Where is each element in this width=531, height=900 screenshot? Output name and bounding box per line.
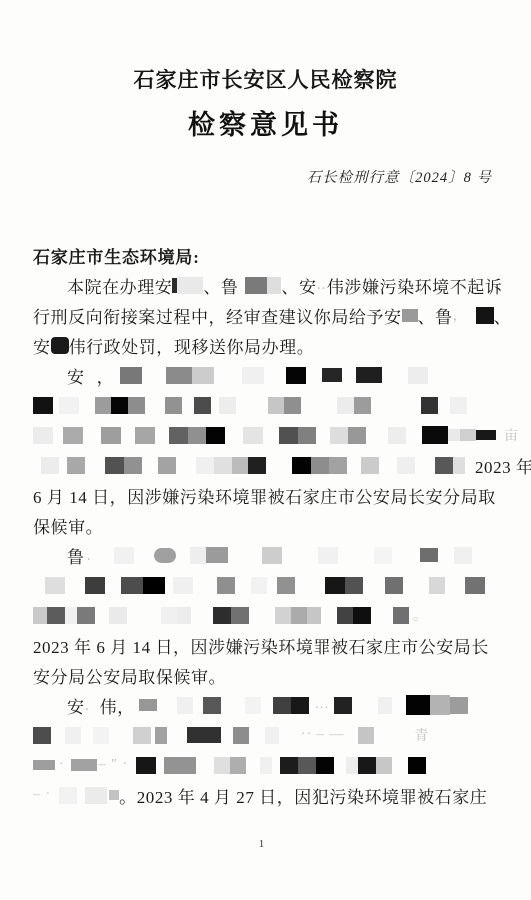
redaction-box [245, 697, 261, 714]
person1-redacted-line-2 [33, 390, 499, 420]
spacer [352, 705, 378, 706]
spacer [438, 405, 450, 406]
redaction-box [374, 547, 392, 564]
spacer [157, 705, 177, 706]
redaction-box [273, 697, 291, 714]
redaction-box [232, 457, 248, 474]
redaction-box [242, 367, 264, 384]
redaction-box [155, 727, 167, 744]
redaction-box [177, 697, 193, 714]
body-text: 伟， [100, 693, 135, 718]
redaction-box [318, 547, 338, 564]
person1-text-line-2: 保候审。 [33, 510, 499, 540]
spacer [236, 405, 268, 406]
redaction-box [93, 727, 109, 744]
spacer [95, 615, 109, 616]
spacer [445, 585, 465, 586]
redaction-box [59, 397, 79, 414]
faint-scan-artifact: 。 [413, 605, 428, 625]
redaction-box [114, 547, 134, 564]
redaction-box [465, 577, 485, 594]
redaction-box [422, 426, 448, 444]
redaction-box [330, 427, 348, 444]
redaction-box [298, 757, 316, 774]
redaction-box [275, 607, 291, 624]
spacer [246, 765, 260, 766]
spacer [176, 555, 190, 556]
spacer [156, 765, 164, 766]
body-text: 本院在办理安 [67, 273, 172, 298]
body-text: 2023 年 [475, 453, 531, 478]
person2-redacted-line-2 [33, 570, 499, 600]
redaction-box [346, 757, 358, 774]
spacer [249, 735, 265, 736]
person2-redacted-line-1: 鲁． [33, 540, 499, 570]
faint-scan-artifact: ‥ [317, 277, 327, 294]
redaction-box [262, 547, 282, 564]
spacer [342, 375, 356, 376]
redaction-box [329, 457, 347, 474]
body-text: 保候审。 [33, 513, 103, 538]
spacer [295, 585, 325, 586]
spacer [496, 435, 504, 436]
spacer [379, 465, 397, 466]
spacer [128, 765, 136, 766]
redaction-box [307, 607, 321, 624]
spacer [81, 735, 93, 736]
body-text: ， [97, 363, 115, 388]
spacer [301, 405, 337, 406]
redaction-box [361, 457, 379, 474]
spacer [347, 465, 361, 466]
body-text: 鲁 [67, 543, 85, 568]
redaction-box [245, 277, 267, 294]
document-title: 检察意见书 [0, 103, 531, 142]
spacer [334, 765, 346, 766]
spacer [65, 585, 85, 586]
body-text: 、安 [281, 273, 316, 298]
redaction-box [284, 397, 301, 414]
redaction-box [453, 457, 465, 474]
redaction-box [385, 577, 403, 594]
redaction-box [388, 427, 406, 444]
redaction-box [85, 787, 107, 804]
redaction-box [448, 429, 460, 441]
spacer [371, 615, 393, 616]
body-text: 、 [494, 303, 512, 328]
redaction-box [187, 727, 221, 743]
document-page: 石家庄市长安区人民检察院 检察意见书 石长检刑行意〔2024〕8 号 石家庄市生… [0, 0, 531, 900]
spacer [33, 585, 45, 586]
redaction-box [322, 368, 342, 382]
spacer [321, 615, 337, 616]
spacer [266, 465, 292, 466]
spacer [109, 735, 133, 736]
spacer [196, 765, 214, 766]
spacer [59, 465, 67, 466]
spacer [33, 705, 67, 706]
person3-redacted-line-2: ·· – —青 [33, 720, 499, 750]
spacer [191, 615, 213, 616]
intro-line-1: 本院在办理安、鲁、安‥伟涉嫌污染环境不起诉 [33, 270, 499, 300]
body-text: 。2023 年 4 月 27 日，因犯污染环境罪被石家庄 [119, 783, 487, 808]
redaction-box [267, 277, 281, 294]
document-number: 石长检刑行意〔2024〕8 号 [307, 166, 492, 187]
redaction-box [121, 577, 143, 594]
redaction-box [47, 607, 65, 624]
redaction-box [230, 757, 246, 774]
redaction-box [105, 457, 124, 474]
spacer [193, 705, 203, 706]
body-text: 2023 年 6 月 14 日，因涉嫌污染环境罪被石家庄市公安局长 [33, 633, 489, 658]
spacer [145, 405, 165, 406]
redaction-box [124, 457, 142, 474]
redaction-box [41, 457, 59, 474]
redaction-box [476, 430, 496, 440]
faint-scan-artifact: 青 [414, 725, 429, 745]
redaction-box [406, 695, 430, 715]
spacer [406, 435, 422, 436]
redaction-box [194, 397, 211, 414]
person3-text-line-1: – ·。2023 年 4 月 27 日，因犯污染环境罪被石家庄 [33, 780, 499, 810]
issuing-authority: 石家庄市长安区人民检察院 [0, 64, 531, 94]
redaction-box [279, 427, 298, 444]
body-text: 伟涉嫌污染环境不起诉 [327, 273, 503, 298]
redaction-box [67, 457, 85, 474]
spacer [282, 555, 318, 556]
redaction-box [59, 787, 77, 804]
spacer [214, 375, 242, 376]
faint-scan-artifact: … [315, 697, 330, 713]
spacer [264, 375, 286, 376]
redaction-box [65, 607, 77, 624]
person2-text-line-2: 安分局公安局取保候审。 [33, 660, 499, 690]
redaction-box [219, 397, 236, 414]
redaction-box [354, 397, 371, 414]
spacer [142, 375, 166, 376]
spacer [134, 555, 154, 556]
redaction-box [128, 397, 145, 414]
spacer [33, 285, 67, 286]
redaction-box [173, 577, 193, 594]
spacer [85, 465, 105, 466]
redaction-box [334, 697, 352, 714]
redaction-box [345, 577, 363, 594]
spacer [33, 555, 67, 556]
redaction-box [450, 697, 468, 714]
intro-line-2: 行刑反向衔接案过程中，经审查建议你局给予安、鲁，、 [33, 300, 499, 330]
redaction-box [188, 427, 206, 444]
redaction-box [376, 757, 392, 774]
spacer [238, 285, 245, 286]
redaction-box [33, 397, 53, 414]
spacer [79, 405, 95, 406]
redaction-box [265, 727, 279, 744]
spacer [392, 765, 408, 766]
body-text: 6 月 14 日，因涉嫌污染环境罪被石家庄市公安局长安分局取 [33, 483, 496, 508]
faint-scan-artifact: ·· – — [301, 727, 344, 743]
redaction-box [337, 607, 353, 624]
person2-redacted-line-3: 。 [33, 600, 499, 630]
redaction-box [33, 607, 47, 624]
body-text: 伟行政处罚，现移送你局办理。 [69, 333, 315, 358]
redaction-box [408, 757, 426, 774]
redaction-box [243, 427, 263, 444]
redaction-box [214, 757, 230, 774]
spacer [165, 585, 173, 586]
redaction-box [45, 577, 65, 594]
faint-scan-artifact: – ″ · [99, 757, 129, 773]
redaction-box [65, 727, 81, 744]
redaction-box [231, 607, 249, 624]
redaction-box [325, 577, 345, 594]
redaction-box [77, 607, 95, 624]
spacer [382, 375, 408, 376]
spacer [468, 315, 476, 316]
body-text: 、鲁 [418, 303, 453, 328]
spacer [316, 435, 330, 436]
redaction-box [177, 277, 203, 294]
spacer [392, 705, 406, 706]
redaction-box [196, 457, 214, 474]
redaction-box [348, 427, 366, 444]
redaction-box [251, 577, 267, 594]
redaction-box [192, 367, 214, 384]
redaction-box [51, 337, 69, 354]
redaction-box [33, 760, 55, 770]
spacer [465, 465, 475, 466]
redaction-box [353, 607, 371, 624]
spacer [338, 555, 374, 556]
person3-redacted-line-1: 安．伟，… [33, 690, 499, 720]
redaction-box [154, 548, 176, 563]
spacer [211, 405, 219, 406]
spacer [105, 585, 121, 586]
body-text: 安 [67, 363, 85, 388]
spacer [279, 735, 301, 736]
redaction-box [408, 367, 428, 384]
redaction-box [213, 607, 231, 624]
redaction-box [435, 457, 453, 474]
spacer [51, 795, 59, 796]
redaction-box [298, 427, 316, 444]
redaction-box [109, 790, 119, 800]
spacer [235, 585, 251, 586]
spacer [344, 735, 358, 736]
redaction-box [476, 307, 494, 324]
spacer [176, 465, 196, 466]
redaction-box [378, 697, 392, 714]
redaction-box [286, 367, 306, 384]
spacer [371, 405, 421, 406]
spacer [272, 765, 280, 766]
spacer [77, 795, 85, 796]
spacer [438, 555, 454, 556]
redaction-box [268, 397, 284, 414]
intro-line-3: 安伟行政处罚，现移送你局办理。 [33, 330, 499, 360]
redaction-box [337, 397, 354, 414]
redaction-box [158, 457, 176, 474]
spacer [374, 735, 414, 736]
redaction-box [291, 697, 309, 714]
redaction-box [177, 607, 191, 624]
spacer [33, 465, 41, 466]
spacer [83, 435, 101, 436]
person1-redacted-line-4: 2023 年 [33, 450, 499, 480]
redaction-box [33, 427, 53, 444]
redaction-box [164, 757, 196, 774]
faint-scan-artifact: – · [33, 787, 51, 803]
redaction-box [393, 607, 409, 624]
redaction-box [450, 397, 467, 414]
redaction-box [136, 757, 156, 774]
redaction-box [214, 457, 232, 474]
spacer [221, 705, 245, 706]
redaction-box [460, 429, 476, 441]
spacer [127, 615, 161, 616]
redaction-box [421, 397, 438, 414]
redaction-box [139, 699, 157, 711]
spacer [263, 435, 279, 436]
redaction-box [135, 427, 155, 444]
spacer [85, 375, 97, 376]
redaction-box [71, 759, 97, 771]
spacer [155, 435, 169, 436]
faint-scan-artifact: ． [85, 695, 100, 715]
faint-scan-artifact: ， [453, 305, 468, 325]
document-body: 石家庄市生态环境局:本院在办理安、鲁、安‥伟涉嫌污染环境不起诉行刑反向衔接案过程… [33, 240, 499, 810]
redaction-box [165, 397, 182, 414]
spacer [102, 555, 114, 556]
body-text: 安 [67, 693, 85, 718]
redaction-box [203, 697, 221, 714]
spacer [167, 735, 187, 736]
spacer [53, 435, 63, 436]
redaction-box [111, 397, 128, 414]
body-text: 石家庄市生态环境局: [33, 243, 200, 268]
redaction-box [161, 607, 177, 624]
person1-redacted-line-3: 亩 [33, 420, 499, 450]
redaction-box [63, 427, 83, 444]
redaction-box [291, 607, 307, 624]
redaction-box [109, 607, 127, 624]
redaction-box [120, 367, 142, 384]
redaction-box [190, 547, 206, 564]
faint-scan-artifact: 亩 [504, 425, 519, 445]
redaction-box [143, 577, 165, 594]
spacer [415, 465, 435, 466]
spacer [221, 735, 233, 736]
redaction-box [420, 548, 438, 562]
spacer [249, 615, 275, 616]
redaction-box [397, 457, 415, 474]
redaction-box [206, 427, 225, 444]
spacer [392, 555, 420, 556]
body-text: 安 [33, 333, 51, 358]
faint-scan-artifact: ． [87, 545, 102, 565]
spacer [363, 585, 385, 586]
redaction-box [33, 727, 51, 744]
spacer [182, 405, 194, 406]
redaction-box [233, 727, 249, 744]
redaction-box [206, 547, 228, 563]
spacer [142, 465, 158, 466]
redaction-box [166, 367, 192, 384]
redaction-box [358, 727, 374, 744]
redaction-box [280, 757, 298, 774]
redaction-box [402, 309, 418, 322]
spacer [228, 555, 262, 556]
person1-text-line-1: 6 月 14 日，因涉嫌污染环境罪被石家庄市公安局长安分局取 [33, 480, 499, 510]
person3-redacted-line-3: ·– ″ · [33, 750, 499, 780]
spacer [366, 435, 388, 436]
body-text: 行刑反向衔接案过程中，经审查建议你局给予安 [33, 303, 402, 328]
spacer [51, 735, 65, 736]
spacer [225, 435, 243, 436]
spacer [261, 705, 273, 706]
redaction-box [101, 427, 121, 444]
spacer [306, 375, 322, 376]
page-number: 1 [0, 838, 523, 850]
redaction-box [169, 427, 188, 444]
person2-text-line-1: 2023 年 6 月 14 日，因涉嫌污染环境罪被石家庄市公安局长 [33, 630, 499, 660]
redaction-box [248, 457, 266, 474]
redaction-box [133, 727, 151, 744]
redaction-box [358, 757, 376, 774]
spacer [267, 585, 277, 586]
body-text: 安分局公安局取保候审。 [33, 663, 226, 688]
body-text: 、鲁 [203, 273, 238, 298]
redaction-box [85, 577, 105, 594]
redaction-box [260, 757, 272, 774]
redaction-box [454, 547, 472, 564]
redaction-box [316, 757, 334, 774]
redaction-box [429, 577, 445, 594]
redaction-box [356, 367, 382, 383]
redaction-box [311, 457, 329, 474]
redaction-box [430, 695, 450, 715]
redaction-box [277, 577, 295, 594]
spacer [403, 585, 429, 586]
spacer [193, 585, 217, 586]
person1-redacted-line-1: 安， [33, 360, 499, 390]
spacer [121, 435, 135, 436]
redaction-box [95, 397, 111, 414]
redaction-box [217, 577, 235, 594]
addressee-line: 石家庄市生态环境局: [33, 240, 499, 270]
redaction-box [292, 457, 311, 474]
spacer [33, 375, 67, 376]
